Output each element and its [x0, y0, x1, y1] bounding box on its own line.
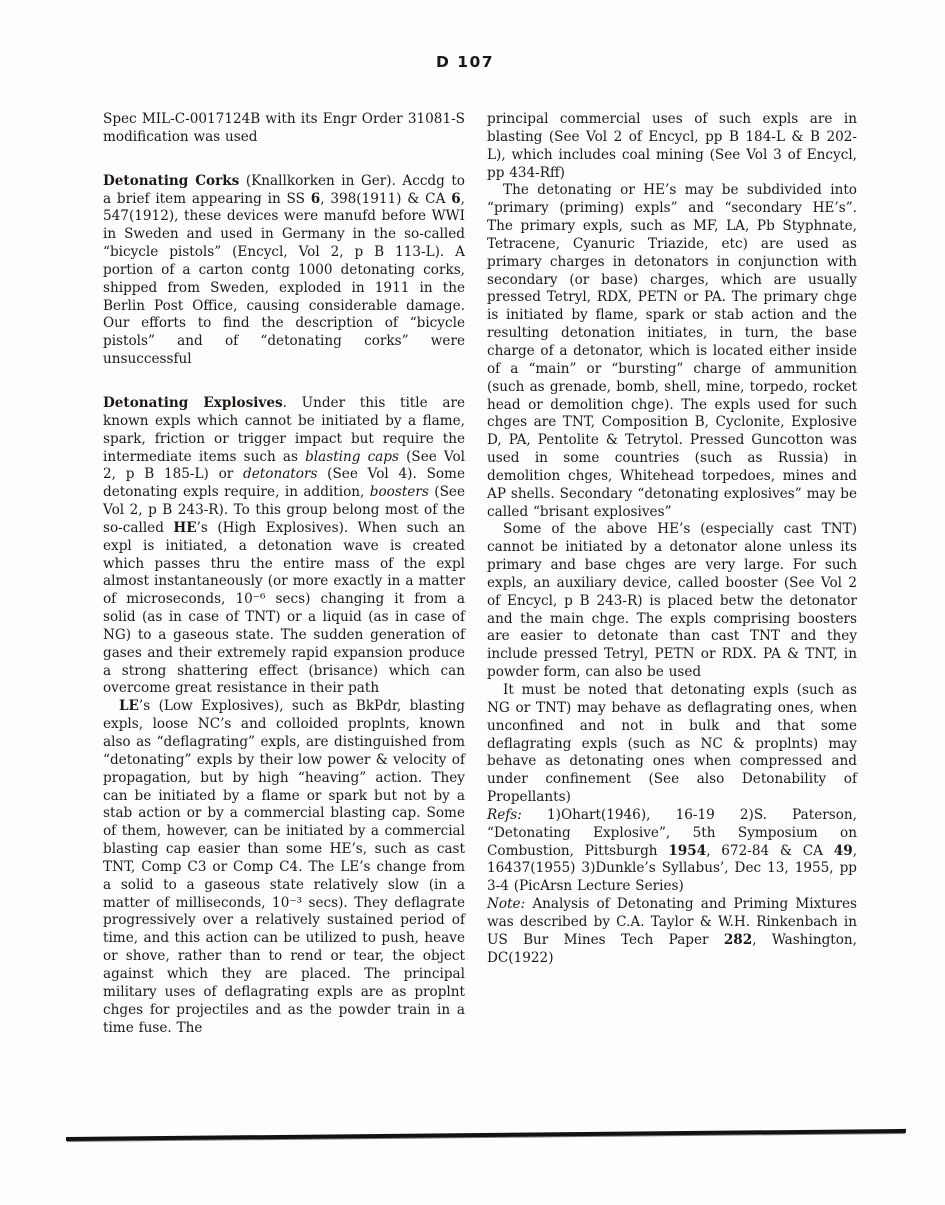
right-text-column: principal commercial uses of such expls … [487, 111, 857, 968]
paragraph: Spec MIL-C-0017124B with its Engr Order … [103, 111, 465, 147]
left-text-column: Spec MIL-C-0017124B with its Engr Order … [103, 111, 465, 1037]
footer-rule [66, 1129, 906, 1141]
paragraph: Note: Analysis of Detonating and Priming… [487, 896, 857, 967]
paragraph: principal commercial uses of such expls … [487, 111, 857, 182]
paragraph: Detonating Corks (Knallkorken in Ger). A… [103, 173, 465, 369]
paragraph: Some of the above HE’s (especially cast … [487, 521, 857, 682]
paragraph: It must be noted that detonating expls (… [487, 682, 857, 807]
paragraph: Refs: 1)Ohart(1946), 16-19 2)S. Paterson… [487, 807, 857, 896]
paragraph: The detonating or HE’s may be subdivided… [487, 182, 857, 521]
paragraph: LE’s (Low Explosives), such as BkPdr, bl… [103, 698, 465, 1037]
page-number-heading: D 107 [0, 53, 930, 71]
document-page: D 107 Spec MIL-C-0017124B with its Engr … [0, 0, 945, 1205]
paragraph: Detonating Explosives. Under this title … [103, 395, 465, 698]
